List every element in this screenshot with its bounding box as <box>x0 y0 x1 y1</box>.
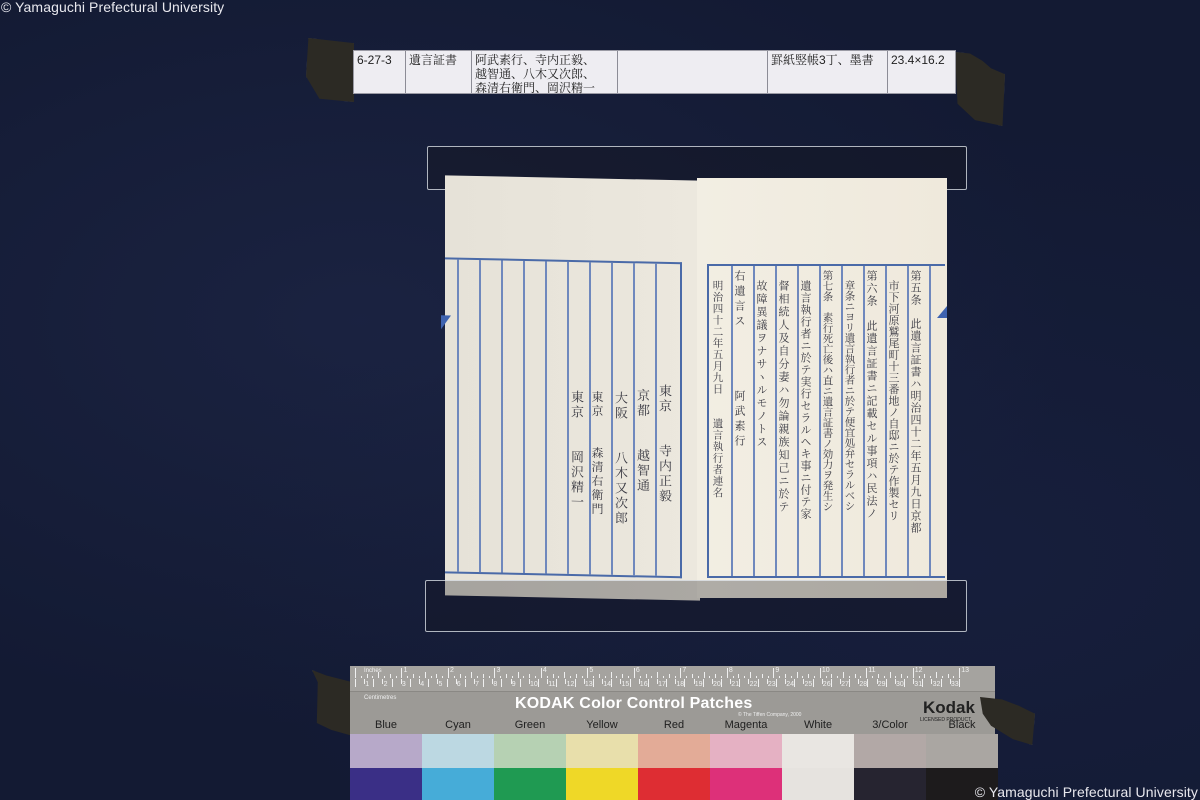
inch-number: 13 <box>961 667 969 674</box>
patch-label-blue: Blue <box>350 719 422 731</box>
kodak-color-target: Inches Centimetres 123456789101112131415… <box>350 666 995 800</box>
inch-tick <box>367 674 368 678</box>
cm-tick <box>630 679 631 687</box>
inch-tick <box>576 674 577 678</box>
cm-tick <box>703 679 704 687</box>
inch-tick <box>814 676 815 678</box>
inch-tick <box>611 672 612 678</box>
cm-number: 2 <box>384 681 388 688</box>
patch-label-magenta: Magenta <box>710 719 782 731</box>
inch-tick <box>913 668 914 678</box>
left-page: 東京 寺内正毅 京都 越智通 大阪 八木又次郎 東京 森清右衛門 東京 岡沢精一 <box>445 175 700 600</box>
cm-tick <box>520 679 521 687</box>
patch-magenta-dark <box>710 768 782 800</box>
inch-tick <box>744 676 745 678</box>
patch-white-light <box>782 734 854 768</box>
cm-tick <box>648 679 649 687</box>
inch-tick <box>396 676 397 678</box>
cm-tick <box>556 679 557 687</box>
patch-blue-dark <box>350 768 422 800</box>
cm-number: 30 <box>896 681 904 688</box>
signatory-4: 東京 森清右衛門 <box>591 390 603 516</box>
inch-tick <box>901 674 902 678</box>
inch-tick <box>704 672 705 678</box>
inch-tick <box>477 676 478 678</box>
inch-tick <box>692 674 693 678</box>
catalog-size: 23.4×16.2 <box>888 51 955 93</box>
cm-tick <box>355 679 356 687</box>
cm-number: 26 <box>823 681 831 688</box>
inch-tick <box>750 672 751 678</box>
inch-number: 10 <box>822 667 830 674</box>
document: 東京 寺内正毅 京都 越智通 大阪 八木又次郎 東京 森清右衛門 東京 岡沢精一… <box>437 178 947 598</box>
cm-tick <box>849 679 850 687</box>
cm-number: 17 <box>658 681 666 688</box>
cm-tick <box>904 679 905 687</box>
inch-tick <box>372 676 373 678</box>
inch-tick <box>547 676 548 678</box>
cm-number: 33 <box>951 681 959 688</box>
cm-tick <box>684 679 685 687</box>
cm-tick <box>428 679 429 687</box>
inch-tick <box>442 676 443 678</box>
inch-tick <box>605 676 606 678</box>
inch-tick <box>756 676 757 678</box>
inch-tick <box>919 676 920 678</box>
text-column-10: 明治四十二年五月九日 遺言執行者連名 <box>712 280 723 499</box>
cm-tick <box>483 679 484 687</box>
cm-tick <box>813 679 814 687</box>
patch-label-red: Red <box>638 719 710 731</box>
patch-label-yellow: Yellow <box>566 719 638 731</box>
tape-label-left <box>306 38 354 102</box>
cm-number: 1 <box>365 681 369 688</box>
patch-red-dark <box>638 768 710 800</box>
inch-tick <box>436 674 437 678</box>
inch-number: 6 <box>636 667 640 674</box>
signatory-5: 東京 岡沢精一 <box>569 390 582 510</box>
inch-tick <box>849 676 850 678</box>
centimetres-label: Centimetres <box>364 695 396 701</box>
cm-tick <box>831 679 832 687</box>
patch-white-dark <box>782 768 854 800</box>
left-page-frame: 東京 寺内正毅 京都 越智通 大阪 八木又次郎 東京 森清右衛門 東京 岡沢精一 <box>445 257 682 578</box>
cm-tick <box>776 679 777 687</box>
inch-tick <box>413 674 414 678</box>
cm-number: 28 <box>859 681 867 688</box>
inch-tick <box>826 676 827 678</box>
cm-tick <box>410 679 411 687</box>
cm-number: 15 <box>622 681 630 688</box>
inch-tick <box>866 668 867 678</box>
inch-number: 2 <box>450 667 454 674</box>
inch-tick <box>634 668 635 678</box>
signatory-2: 京都 越智通 <box>635 388 648 493</box>
patch-yellow-dark <box>566 768 638 800</box>
cm-tick <box>501 679 502 687</box>
patch-label-cyan: Cyan <box>422 719 494 731</box>
cm-number: 19 <box>695 681 703 688</box>
patch-magenta-light <box>710 734 782 768</box>
inch-tick <box>500 676 501 678</box>
inch-tick <box>843 672 844 678</box>
cm-number: 4 <box>420 681 424 688</box>
signatory-3: 大阪 八木又次郎 <box>613 391 626 526</box>
inch-tick <box>465 676 466 678</box>
inch-tick <box>651 676 652 678</box>
inch-tick <box>564 672 565 678</box>
inch-tick <box>460 674 461 678</box>
patch-red-light <box>638 734 710 768</box>
inch-tick <box>768 676 769 678</box>
inch-tick <box>640 676 641 678</box>
cm-tick <box>593 679 594 687</box>
inch-tick <box>384 676 385 678</box>
patch-3color-light <box>854 734 926 768</box>
inch-number: 12 <box>915 667 923 674</box>
inch-tick <box>663 676 664 678</box>
inch-tick <box>924 674 925 678</box>
inch-tick <box>907 676 908 678</box>
cm-tick <box>373 679 374 687</box>
inch-tick <box>948 674 949 678</box>
cm-tick <box>666 679 667 687</box>
inch-tick <box>355 668 356 678</box>
inch-tick <box>378 672 379 678</box>
inch-tick <box>599 674 600 678</box>
inch-tick <box>506 674 507 678</box>
measurement-ruler: Inches Centimetres 123456789101112131415… <box>350 666 995 692</box>
catalog-persons: 阿武素行、寺内正毅、 越智通、八木又次郎、 森清右衛門、岡沢精一 <box>472 51 618 93</box>
cm-number: 16 <box>640 681 648 688</box>
cm-number: 7 <box>475 681 479 688</box>
cm-number: 27 <box>841 681 849 688</box>
patch-green-dark <box>494 768 566 800</box>
catalog-id: 6-27-3 <box>354 51 406 93</box>
inch-tick <box>837 676 838 678</box>
text-column-5: 第七条 素行死亡後ハ直ニ遺言証書ノ効力ヲ発生シ <box>822 270 833 512</box>
inch-tick <box>401 668 402 678</box>
blue-tab-marker-right <box>937 306 947 318</box>
inch-tick <box>407 676 408 678</box>
inch-tick <box>733 676 734 678</box>
patch-label-green: Green <box>494 719 566 731</box>
inch-tick <box>553 674 554 678</box>
inch-tick <box>489 676 490 678</box>
right-page-frame: 第五条 此遺言証書ハ明治四十二年五月九日京都 市下河原鷲尾町十三番地ノ自邸ニ於テ… <box>707 264 945 578</box>
inch-tick <box>587 668 588 678</box>
cm-number: 24 <box>786 681 794 688</box>
cm-number: 18 <box>676 681 684 688</box>
cm-number: 13 <box>585 681 593 688</box>
cm-tick <box>447 679 448 687</box>
inch-tick <box>884 676 885 678</box>
patch-green-light <box>494 734 566 768</box>
inch-tick <box>686 676 687 678</box>
text-column-7: 督相続人及自分妻ハ勿論親族知己ニ於テ <box>778 280 789 514</box>
inch-tick <box>942 676 943 678</box>
inch-tick <box>878 674 879 678</box>
inch-tick <box>959 668 960 678</box>
patch-black-light <box>926 734 998 768</box>
patch-cyan-dark <box>422 768 494 800</box>
inch-tick <box>709 676 710 678</box>
inch-tick <box>593 676 594 678</box>
inch-tick <box>738 674 739 678</box>
patch-yellow-light <box>566 734 638 768</box>
inch-number: 7 <box>682 667 686 674</box>
right-page: 第五条 此遺言証書ハ明治四十二年五月九日京都 市下河原鷲尾町十三番地ノ自邸ニ於テ… <box>697 178 947 598</box>
inch-tick <box>831 674 832 678</box>
inch-tick <box>860 676 861 678</box>
inch-tick <box>698 676 699 678</box>
inch-number: 8 <box>729 667 733 674</box>
inch-tick <box>425 672 426 678</box>
cm-tick <box>794 679 795 687</box>
inch-tick <box>791 676 792 678</box>
inch-number: 11 <box>868 667 875 674</box>
inch-tick <box>558 676 559 678</box>
inch-tick <box>454 676 455 678</box>
patch-label-white: White <box>782 719 854 731</box>
inch-number: 9 <box>775 667 779 674</box>
text-column-1: 第五条 此遺言証書ハ明治四十二年五月九日京都 <box>910 270 921 534</box>
kodak-title: KODAK Color Control Patches <box>515 695 752 713</box>
cm-tick <box>721 679 722 687</box>
inch-tick <box>616 676 617 678</box>
cm-number: 22 <box>750 681 758 688</box>
text-column-8: 故障異議ヲナサヽルモノトス <box>756 280 767 449</box>
inch-tick <box>675 676 676 678</box>
inch-tick <box>797 672 798 678</box>
inch-tick <box>721 676 722 678</box>
inch-number: 4 <box>543 667 547 674</box>
cm-number: 11 <box>548 681 555 688</box>
cm-number: 29 <box>878 681 886 688</box>
cm-tick <box>922 679 923 687</box>
copyright-watermark-top: © Yamaguchi Prefectural University <box>1 0 224 15</box>
tiffen-copyright: © The Tiffen Company, 2000 <box>738 712 801 718</box>
inch-tick <box>715 674 716 678</box>
cm-tick <box>392 679 393 687</box>
patch-cyan-light <box>422 734 494 768</box>
patch-blue-light <box>350 734 422 768</box>
inch-tick <box>953 676 954 678</box>
inch-tick <box>680 668 681 678</box>
cm-number: 9 <box>512 681 516 688</box>
kodak-logo: Kodak <box>923 698 975 718</box>
cm-number: 5 <box>439 681 443 688</box>
inch-tick <box>361 676 362 678</box>
inch-tick <box>483 674 484 678</box>
text-column-3: 第六条 此遺言証書ニ記載セル事項ハ民法ノ <box>866 270 877 520</box>
inch-tick <box>512 676 513 678</box>
inch-number: 5 <box>589 667 593 674</box>
cm-tick <box>867 679 868 687</box>
cm-tick <box>575 679 576 687</box>
inch-tick <box>535 676 536 678</box>
cm-number: 3 <box>402 681 406 688</box>
inch-tick <box>779 676 780 678</box>
cm-tick <box>886 679 887 687</box>
cm-tick <box>739 679 740 687</box>
inch-tick <box>785 674 786 678</box>
inch-tick <box>895 676 896 678</box>
inch-tick <box>390 674 391 678</box>
cm-number: 20 <box>713 681 721 688</box>
inch-tick <box>727 668 728 678</box>
cm-tick <box>959 679 960 687</box>
signatory-1: 東京 寺内正毅 <box>657 384 670 504</box>
inch-tick <box>622 674 623 678</box>
inch-tick <box>541 668 542 678</box>
inch-tick <box>872 676 873 678</box>
patch-label-black: Black <box>926 719 998 731</box>
inch-tick <box>669 674 670 678</box>
inch-tick <box>773 668 774 678</box>
inch-tick <box>855 674 856 678</box>
bottom-sleeve <box>425 580 967 632</box>
inch-tick <box>890 672 891 678</box>
cm-tick <box>611 679 612 687</box>
catalog-format: 罫紙竪帳3丁、墨書 <box>768 51 888 93</box>
inch-tick <box>570 676 571 678</box>
inch-tick <box>820 668 821 678</box>
cm-number: 23 <box>768 681 776 688</box>
text-column-9: 右遺言ス 阿武素行 <box>734 270 745 450</box>
inch-tick <box>802 676 803 678</box>
inch-tick <box>657 672 658 678</box>
cm-number: 32 <box>933 681 941 688</box>
catalog-blank <box>618 51 768 93</box>
inch-tick <box>431 676 432 678</box>
cm-tick <box>941 679 942 687</box>
inch-tick <box>646 674 647 678</box>
inch-tick <box>448 668 449 678</box>
inch-number: 3 <box>496 667 500 674</box>
inch-tick <box>936 672 937 678</box>
inch-tick <box>582 676 583 678</box>
blue-tab-marker-left <box>441 315 451 329</box>
text-column-6: 遺言執行者ニ於テ実行セラルヘキ事ニ付テ家 <box>800 280 811 520</box>
inch-tick <box>518 672 519 678</box>
cm-number: 6 <box>457 681 461 688</box>
tape-label-right <box>955 52 1005 126</box>
cm-number: 10 <box>530 681 538 688</box>
text-column-4: 章条ニヨリ遺言執行者ニ於テ便宜処弁セラルベシ <box>844 280 855 511</box>
inch-tick <box>523 676 524 678</box>
cm-tick <box>758 679 759 687</box>
cm-number: 12 <box>567 681 575 688</box>
inch-tick <box>494 668 495 678</box>
cm-tick <box>465 679 466 687</box>
inch-tick <box>930 676 931 678</box>
copyright-watermark-bottom: © Yamaguchi Prefectural University <box>975 784 1198 800</box>
cm-tick <box>538 679 539 687</box>
inch-tick <box>762 674 763 678</box>
inch-tick <box>419 676 420 678</box>
cm-number: 8 <box>493 681 497 688</box>
inch-tick <box>471 672 472 678</box>
catalog-title: 遺言証書 <box>406 51 472 93</box>
catalog-label: 6-27-3 遺言証書 阿武素行、寺内正毅、 越智通、八木又次郎、 森清右衛門、… <box>353 50 956 94</box>
inch-tick <box>529 674 530 678</box>
cm-number: 31 <box>914 681 922 688</box>
patch-label-3color: 3/Color <box>854 719 926 731</box>
cm-number: 14 <box>603 681 611 688</box>
inch-number: 1 <box>403 667 407 674</box>
inch-tick <box>628 676 629 678</box>
cm-number: 21 <box>731 681 739 688</box>
text-column-2: 市下河原鷲尾町十三番地ノ自邸ニ於テ作製セリ <box>888 280 899 522</box>
inch-tick <box>808 674 809 678</box>
patch-3color-dark <box>854 768 926 800</box>
cm-number: 25 <box>805 681 813 688</box>
